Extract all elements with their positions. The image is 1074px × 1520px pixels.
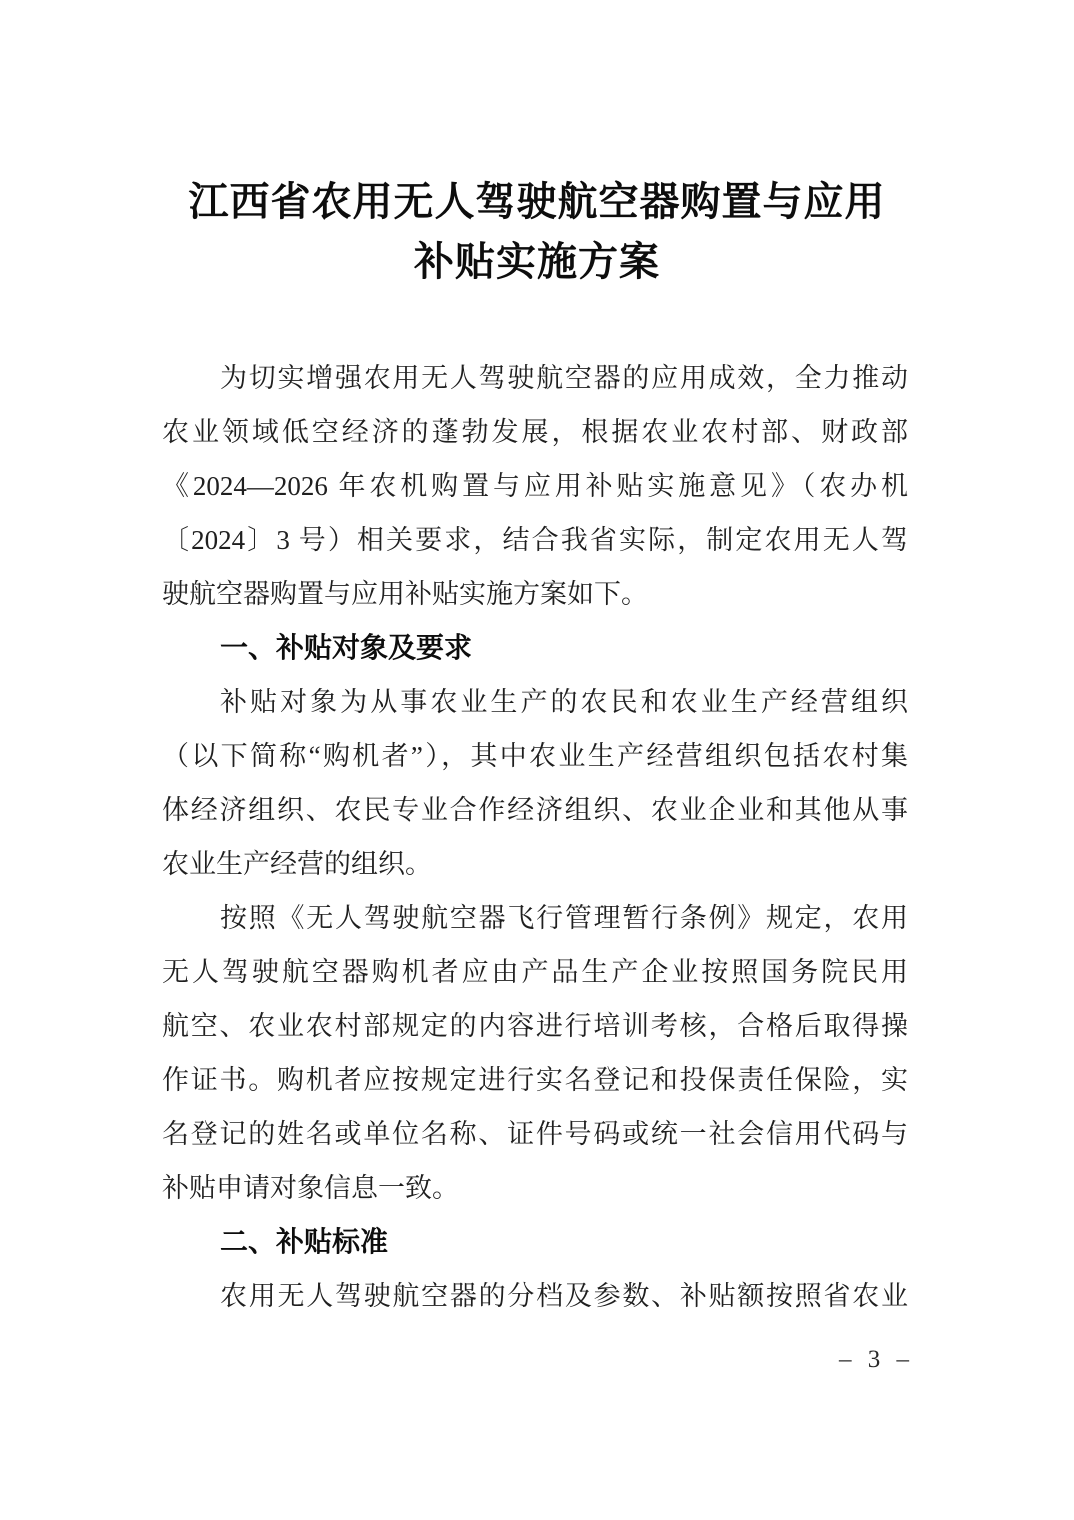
document-title: 江西省农用无人驾驶航空器购置与应用 补贴实施方案 — [0, 172, 1074, 292]
body-line: 作证书。购机者应按规定进行实名登记和投保责任保险，实 — [162, 1053, 908, 1107]
body-line: 补贴申请对象信息一致。 — [162, 1161, 908, 1215]
body-line: （以下简称“购机者”），其中农业生产经营组织包括农村集 — [162, 729, 908, 783]
section-heading-2: 二、补贴标准 — [162, 1215, 908, 1269]
body-line: 航空、农业农村部规定的内容进行培训考核，合格后取得操 — [162, 999, 908, 1053]
page-number: – 3 – — [839, 1346, 914, 1374]
title-line-1: 江西省农用无人驾驶航空器购置与应用 — [0, 172, 1074, 232]
body-line: 补贴对象为从事农业生产的农民和农业生产经营组织 — [162, 675, 908, 729]
body-line: 按照《无人驾驶航空器飞行管理暂行条例》规定，农用 — [162, 891, 908, 945]
body-line: 农业生产经营的组织。 — [162, 837, 908, 891]
body-line: 名登记的姓名或单位名称、证件号码或统一社会信用代码与 — [162, 1107, 908, 1161]
body-line: 农业领域低空经济的蓬勃发展，根据农业农村部、财政部 — [162, 405, 908, 459]
body-line: 无人驾驶航空器购机者应由产品生产企业按照国务院民用 — [162, 945, 908, 999]
body-line: 体经济组织、农民专业合作经济组织、农业企业和其他从事 — [162, 783, 908, 837]
body-line: 为切实增强农用无人驾驶航空器的应用成效，全力推动 — [162, 351, 908, 405]
document-page: 江西省农用无人驾驶航空器购置与应用 补贴实施方案 为切实增强农用无人驾驶航空器的… — [0, 0, 1074, 1520]
body-line: 驶航空器购置与应用补贴实施方案如下。 — [162, 567, 908, 621]
body-line: 农用无人驾驶航空器的分档及参数、补贴额按照省农业 — [162, 1269, 908, 1323]
section-heading-1: 一、补贴对象及要求 — [162, 621, 908, 675]
title-line-2: 补贴实施方案 — [0, 232, 1074, 292]
body-line: 《2024—2026 年农机购置与应用补贴实施意见》（农办机 — [162, 459, 908, 513]
document-body: 为切实增强农用无人驾驶航空器的应用成效，全力推动 农业领域低空经济的蓬勃发展，根… — [162, 351, 908, 1323]
body-line: 〔2024〕3 号）相关要求，结合我省实际，制定农用无人驾 — [162, 513, 908, 567]
